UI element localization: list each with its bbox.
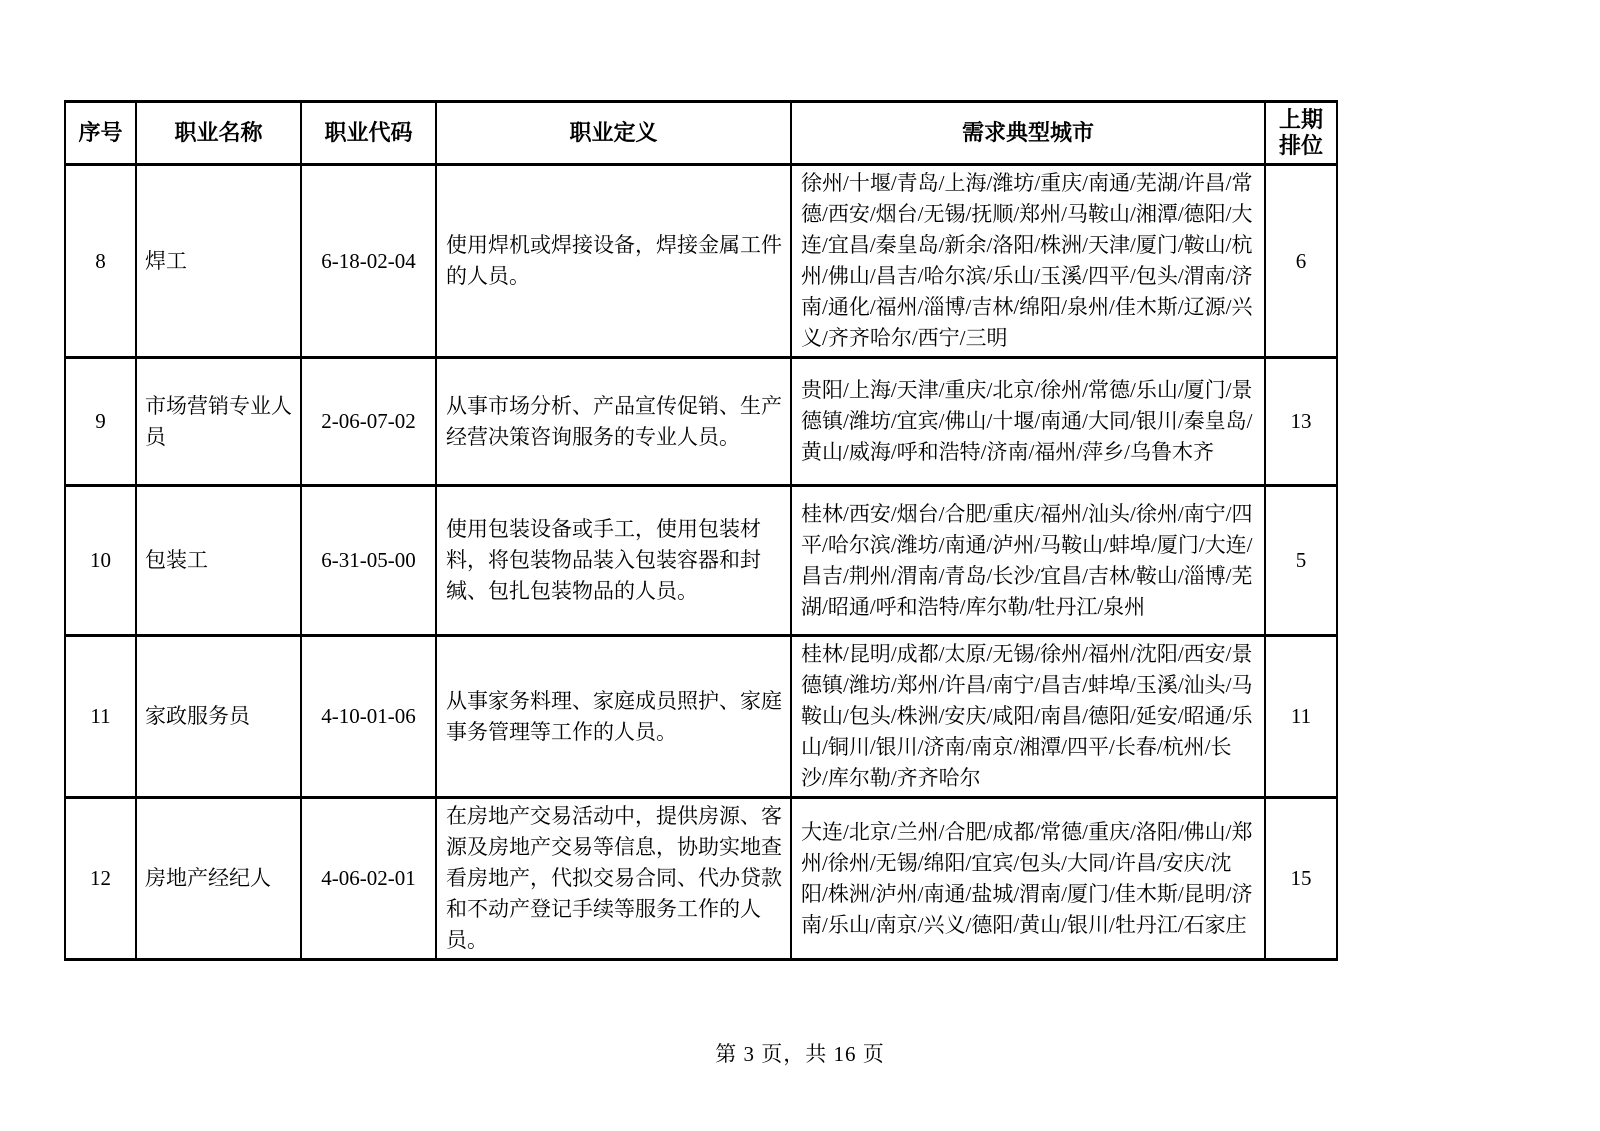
- occupation-table-container: 序号 职业名称 职业代码 职业定义 需求典型城市 上期排位 8焊工6-18-02…: [64, 100, 1336, 961]
- cell-previous-rank: 6: [1265, 165, 1337, 358]
- cell-occupation-code: 2-06-07-02: [301, 358, 436, 486]
- cell-occupation-name: 家政服务员: [136, 636, 301, 798]
- header-occupation-code: 职业代码: [301, 102, 436, 165]
- cell-previous-rank: 11: [1265, 636, 1337, 798]
- table-row: 12房地产经纪人4-06-02-01在房地产交易活动中，提供房源、客源及房地产交…: [65, 798, 1337, 960]
- cell-serial-number: 12: [65, 798, 136, 960]
- header-row: 序号 职业名称 职业代码 职业定义 需求典型城市 上期排位: [65, 102, 1337, 165]
- cell-previous-rank: 5: [1265, 486, 1337, 636]
- cell-serial-number: 9: [65, 358, 136, 486]
- table-row: 10包装工6-31-05-00使用包装设备或手工，使用包装材料，将包装物品装入包…: [65, 486, 1337, 636]
- document-page: 序号 职业名称 职业代码 职业定义 需求典型城市 上期排位 8焊工6-18-02…: [0, 0, 1600, 1131]
- table-row: 9市场营销专业人员2-06-07-02从事市场分析、产品宣传促销、生产经营决策咨…: [65, 358, 1337, 486]
- cell-occupation-definition: 从事家务料理、家庭成员照护、家庭事务管理等工作的人员。: [436, 636, 791, 798]
- header-previous-rank: 上期排位: [1265, 102, 1337, 165]
- cell-demand-cities: 桂林/西安/烟台/合肥/重庆/福州/汕头/徐州/南宁/四平/哈尔滨/潍坊/南通/…: [791, 486, 1265, 636]
- cell-occupation-definition: 在房地产交易活动中，提供房源、客源及房地产交易等信息，协助实地查看房地产，代拟交…: [436, 798, 791, 960]
- cell-previous-rank: 13: [1265, 358, 1337, 486]
- cell-demand-cities: 桂林/昆明/成都/太原/无锡/徐州/福州/沈阳/西安/景德镇/潍坊/郑州/许昌/…: [791, 636, 1265, 798]
- cell-occupation-name: 包装工: [136, 486, 301, 636]
- table-row: 11家政服务员4-10-01-06从事家务料理、家庭成员照护、家庭事务管理等工作…: [65, 636, 1337, 798]
- table-row: 8焊工6-18-02-04使用焊机或焊接设备，焊接金属工件的人员。徐州/十堰/青…: [65, 165, 1337, 358]
- cell-occupation-code: 4-10-01-06: [301, 636, 436, 798]
- cell-serial-number: 11: [65, 636, 136, 798]
- cell-occupation-definition: 使用包装设备或手工，使用包装材料，将包装物品装入包装容器和封缄、包扎包装物品的人…: [436, 486, 791, 636]
- cell-occupation-name: 焊工: [136, 165, 301, 358]
- cell-demand-cities: 贵阳/上海/天津/重庆/北京/徐州/常德/乐山/厦门/景德镇/潍坊/宜宾/佛山/…: [791, 358, 1265, 486]
- cell-serial-number: 10: [65, 486, 136, 636]
- table-body: 8焊工6-18-02-04使用焊机或焊接设备，焊接金属工件的人员。徐州/十堰/青…: [65, 165, 1337, 960]
- header-occupation-definition: 职业定义: [436, 102, 791, 165]
- occupation-table: 序号 职业名称 职业代码 职业定义 需求典型城市 上期排位 8焊工6-18-02…: [64, 100, 1338, 961]
- table-header: 序号 职业名称 职业代码 职业定义 需求典型城市 上期排位: [65, 102, 1337, 165]
- cell-occupation-code: 4-06-02-01: [301, 798, 436, 960]
- cell-demand-cities: 大连/北京/兰州/合肥/成都/常德/重庆/洛阳/佛山/郑州/徐州/无锡/绵阳/宜…: [791, 798, 1265, 960]
- cell-demand-cities: 徐州/十堰/青岛/上海/潍坊/重庆/南通/芜湖/许昌/常德/西安/烟台/无锡/抚…: [791, 165, 1265, 358]
- cell-previous-rank: 15: [1265, 798, 1337, 960]
- header-occupation-name: 职业名称: [136, 102, 301, 165]
- cell-occupation-definition: 从事市场分析、产品宣传促销、生产经营决策咨询服务的专业人员。: [436, 358, 791, 486]
- cell-occupation-code: 6-18-02-04: [301, 165, 436, 358]
- cell-occupation-name: 房地产经纪人: [136, 798, 301, 960]
- cell-occupation-code: 6-31-05-00: [301, 486, 436, 636]
- cell-occupation-definition: 使用焊机或焊接设备，焊接金属工件的人员。: [436, 165, 791, 358]
- header-serial-number: 序号: [65, 102, 136, 165]
- header-demand-cities: 需求典型城市: [791, 102, 1265, 165]
- cell-serial-number: 8: [65, 165, 136, 358]
- page-number-footer: 第 3 页，共 16 页: [0, 1038, 1600, 1068]
- cell-occupation-name: 市场营销专业人员: [136, 358, 301, 486]
